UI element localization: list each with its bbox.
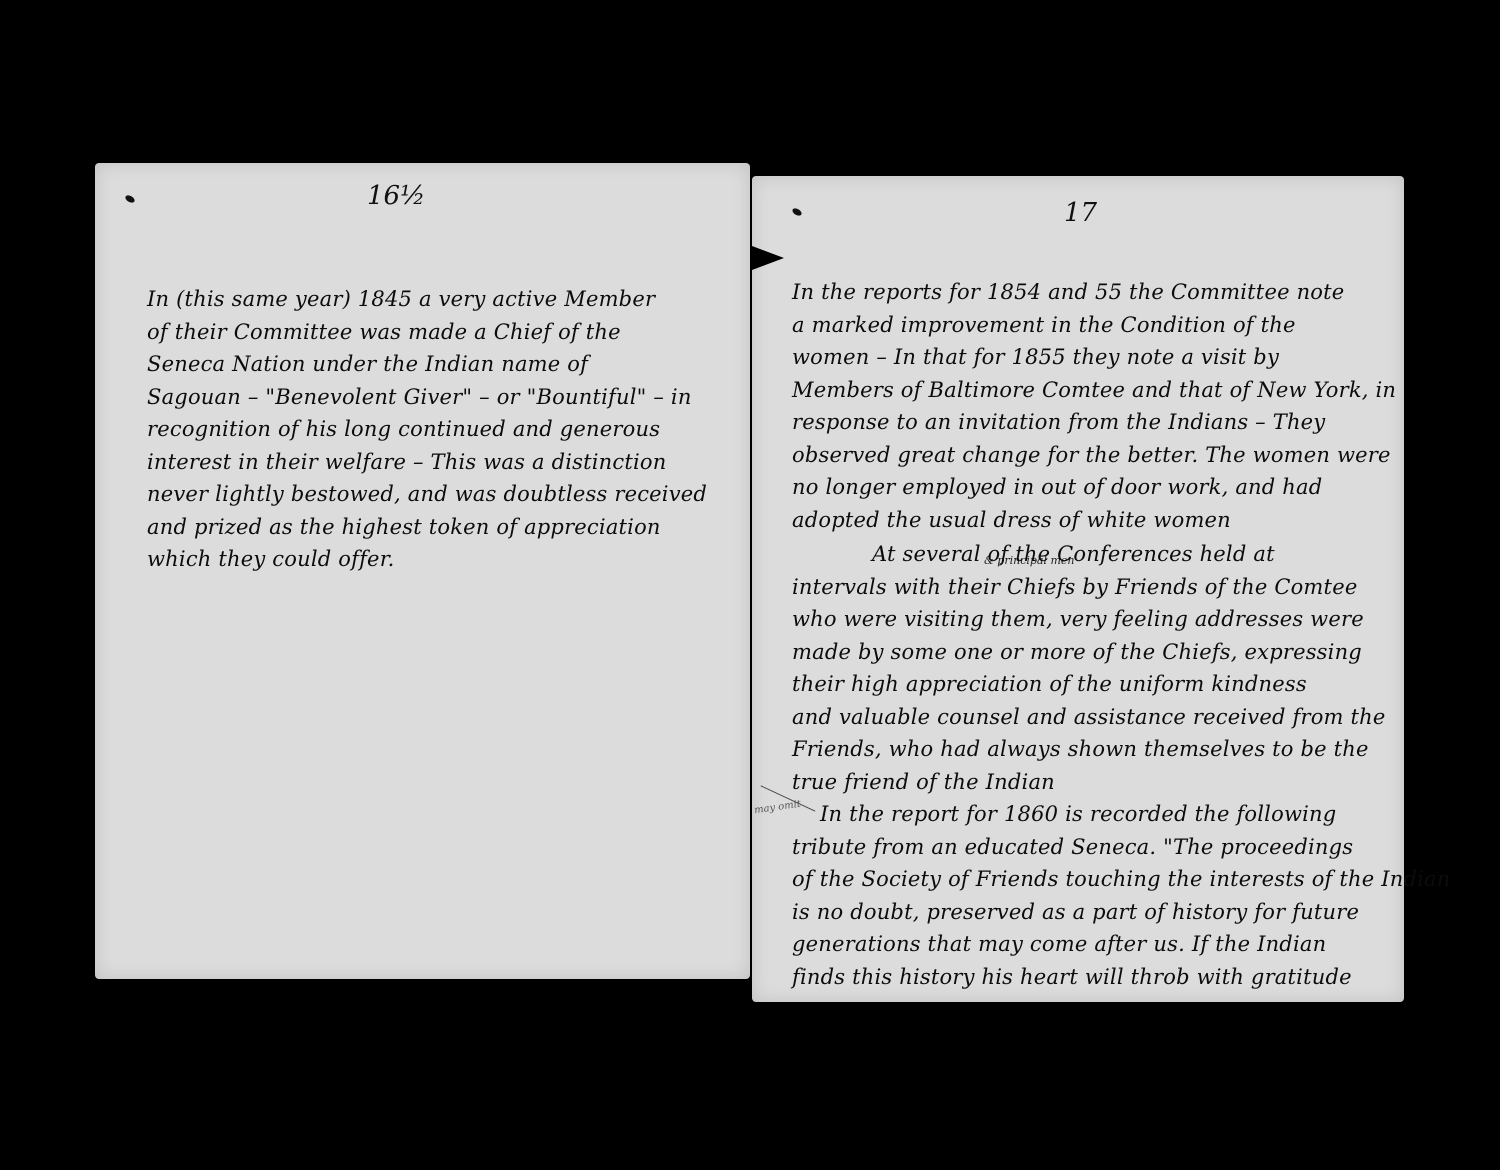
text-line: Members of Baltimore Comtee and that of … [792,374,1396,407]
text-line: finds this history his heart will throb … [792,961,1450,994]
text-line: Sagouan – "Benevolent Giver" – or "Bount… [147,381,707,414]
text-line: and prized as the highest token of appre… [147,511,707,544]
text-line: which they could offer. [147,543,707,576]
text-line: adopted the usual dress of white women [792,504,1396,537]
manuscript-page-right: 17 In the reports for 1854 and 55 the Co… [752,176,1404,1002]
text-line: tribute from an educated Seneca. "The pr… [792,831,1450,864]
text-line: their high appreciation of the uniform k… [792,668,1386,701]
punch-hole-mark [791,207,803,217]
text-line: never lightly bestowed, and was doubtles… [147,478,707,511]
punch-hole-mark [124,194,136,204]
paragraph-2: At several of the Conferences held at in… [792,538,1386,798]
manuscript-page-left: 16½ In (this same year) 1845 a very acti… [95,163,750,979]
text-line: and valuable counsel and assistance rece… [792,701,1386,734]
text-line: women – In that for 1855 they note a vis… [792,341,1396,374]
text-line: intervals with their Chiefs by Friends o… [792,571,1386,604]
text-line: Friends, who had always shown themselves… [792,733,1386,766]
page-number: 17 [1064,198,1097,228]
text-line: true friend of the Indian [792,766,1386,799]
page-text: In (this same year) 1845 a very active M… [147,283,707,576]
text-line: At several of the Conferences held at [792,538,1386,571]
text-line: In the reports for 1854 and 55 the Commi… [792,276,1396,309]
text-line: generations that may come after us. If t… [792,928,1450,961]
text-line: made by some one or more of the Chiefs, … [792,636,1386,669]
paragraph-1: In the reports for 1854 and 55 the Commi… [792,276,1396,536]
text-line: who were visiting them, very feeling add… [792,603,1386,636]
paragraph-3: In the report for 1860 is recorded the f… [792,798,1450,993]
page-number: 16½ [367,181,425,211]
text-line: In (this same year) 1845 a very active M… [147,283,707,316]
text-line: is no doubt, preserved as a part of hist… [792,896,1450,929]
text-line: Seneca Nation under the Indian name of [147,348,707,381]
page-tab-marker [752,246,784,270]
text-line: a marked improvement in the Condition of… [792,309,1396,342]
text-line: recognition of his long continued and ge… [147,413,707,446]
text-line: response to an invitation from the India… [792,406,1396,439]
text-line: In the report for 1860 is recorded the f… [792,798,1450,831]
text-line: interest in their welfare – This was a d… [147,446,707,479]
text-line: of their Committee was made a Chief of t… [147,316,707,349]
text-line: no longer employed in out of door work, … [792,471,1396,504]
text-line: observed great change for the better. Th… [792,439,1396,472]
text-line: of the Society of Friends touching the i… [792,863,1450,896]
